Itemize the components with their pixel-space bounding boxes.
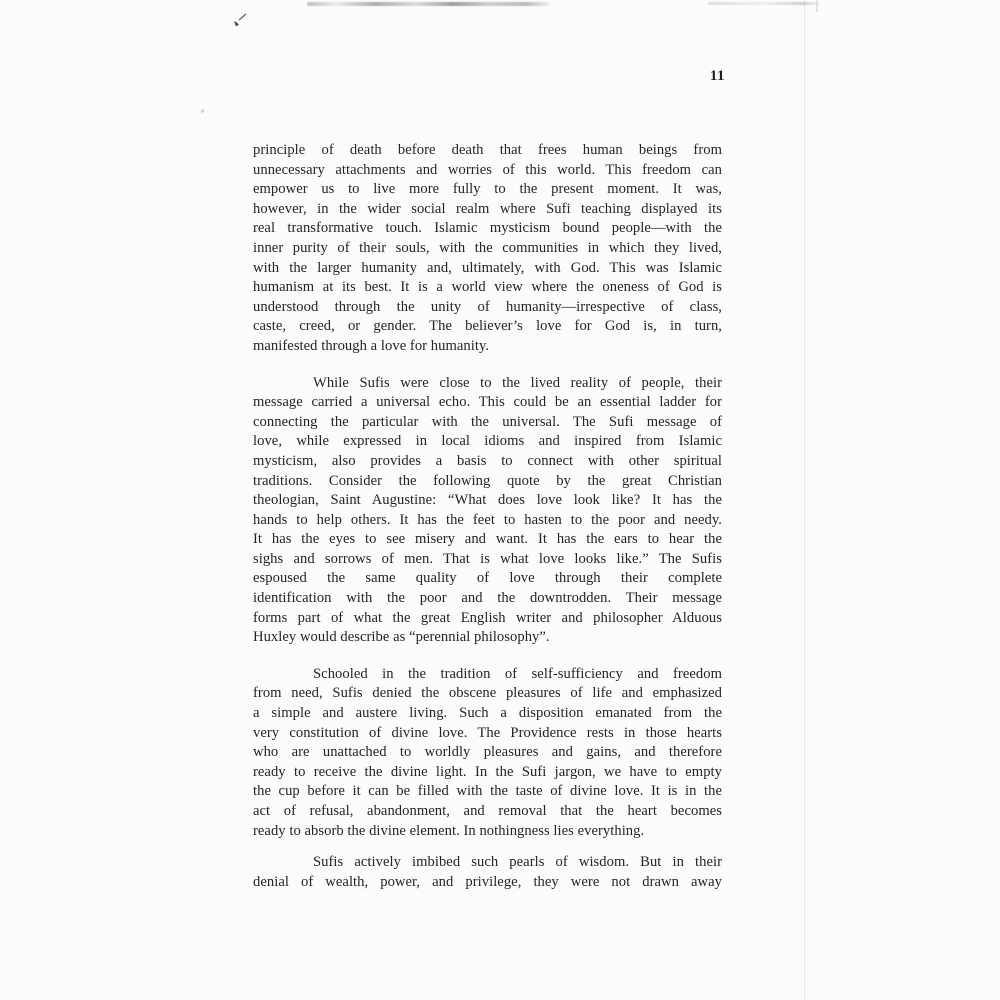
text-line: real transformative touch. Islamic mysti… (253, 219, 722, 239)
text-line: principle of death before death that fre… (253, 141, 722, 161)
text-line: a simple and austere living. Such a disp… (253, 704, 722, 724)
scan-artifact-corner-tick (816, 0, 818, 12)
text-line: It has the eyes to see misery and want. … (253, 530, 722, 550)
text-line: from need, Sufis denied the obscene plea… (253, 684, 722, 704)
text-line: Sufis actively imbibed such pearls of wi… (253, 853, 722, 873)
text-line: the cup before it can be filled with the… (253, 782, 722, 802)
paragraph: While Sufis were close to the lived real… (253, 374, 722, 648)
text-line: forms part of what the great English wri… (253, 609, 722, 629)
text-line: espoused the same quality of love throug… (253, 569, 722, 589)
text-line: ready to receive the divine light. In th… (253, 763, 722, 783)
handwritten-ink-mark (230, 11, 250, 29)
text-line: hands to help others. It has the feet to… (253, 511, 722, 531)
text-line: with the larger humanity and, ultimately… (253, 259, 722, 279)
text-line: While Sufis were close to the lived real… (253, 374, 722, 394)
text-line: empower us to live more fully to the pre… (253, 180, 722, 200)
text-line: humanism at its best. It is a world view… (253, 278, 722, 298)
text-line: Schooled in the tradition of self-suffic… (253, 665, 722, 685)
scan-artifact-top-streak-left (307, 2, 550, 6)
text-line: theologian, Saint Augustine: “What does … (253, 491, 722, 511)
text-line: mysticism, also provides a basis to conn… (253, 452, 722, 472)
text-line: act of refusal, abandonment, and removal… (253, 802, 722, 822)
text-line: sighs and sorrows of men. That is what l… (253, 550, 722, 570)
text-line: unnecessary attachments and worries of t… (253, 161, 722, 181)
text-block: principle of death before death that fre… (253, 141, 722, 892)
scan-speck (200, 109, 205, 114)
text-line: caste, creed, or gender. The believer’s … (253, 317, 722, 337)
text-line: manifested through a love for humanity. (253, 337, 722, 357)
text-line: ready to absorb the divine element. In n… (253, 822, 722, 842)
text-line: connecting the particular with the unive… (253, 413, 722, 433)
paragraph: principle of death before death that fre… (253, 141, 722, 357)
text-line: very constitution of divine love. The Pr… (253, 724, 722, 744)
text-line: understood through the unity of humanity… (253, 298, 722, 318)
text-line: however, in the wider social realm where… (253, 200, 722, 220)
paragraph: Schooled in the tradition of self-suffic… (253, 665, 722, 841)
paragraph: Sufis actively imbibed such pearls of wi… (253, 853, 722, 892)
scanned-page: 11 principle of death before death that … (0, 0, 1000, 1000)
text-line: identification with the poor and the dow… (253, 589, 722, 609)
page-number: 11 (640, 68, 725, 85)
text-line: inner purity of their souls, with the co… (253, 239, 722, 259)
text-line: who are unattached to worldly pleasures … (253, 743, 722, 763)
text-line: Huxley would describe as “perennial phil… (253, 628, 722, 648)
text-line: message carried a universal echo. This c… (253, 393, 722, 413)
text-line: denial of wealth, power, and privilege, … (253, 873, 722, 893)
text-line: love, while expressed in local idioms an… (253, 432, 722, 452)
scan-page-edge-line (804, 0, 805, 1000)
text-line: traditions. Consider the following quote… (253, 472, 722, 492)
